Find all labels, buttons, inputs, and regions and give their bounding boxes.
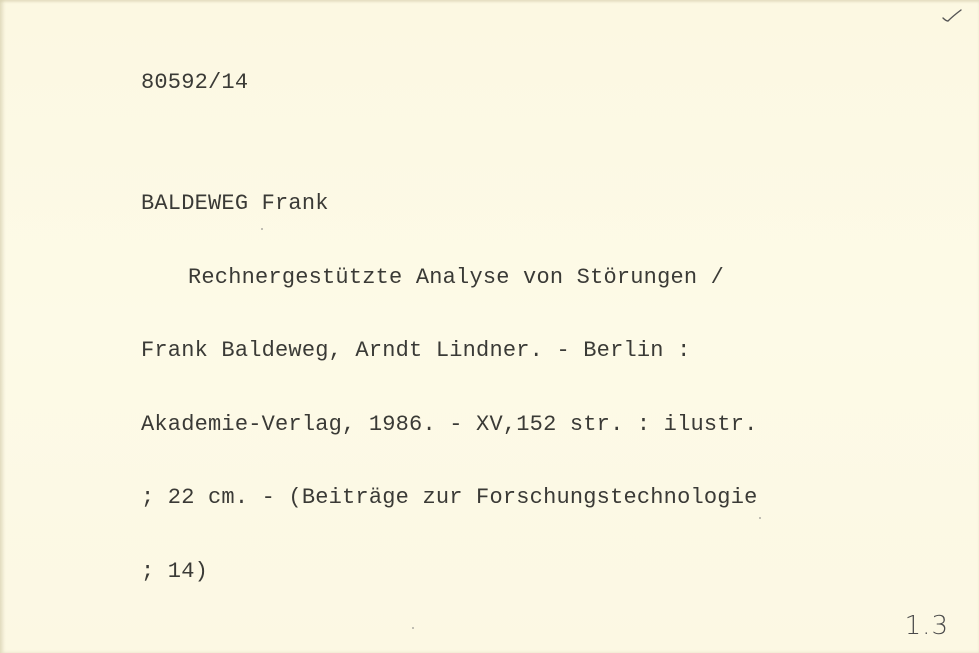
- paper-speck: [759, 517, 761, 519]
- bibliographic-entry: BALDEWEG Frank Rechnergestützte Analyse …: [141, 143, 758, 633]
- paper-speck: [261, 228, 263, 230]
- series-line: ; 14): [141, 560, 758, 585]
- catalog-card: 80592/14 BALDEWEG Frank Rechnergestützte…: [0, 0, 979, 653]
- check-mark-icon: [941, 8, 963, 24]
- physical-description-line: ; 22 cm. - (Beiträge zur Forschungstechn…: [141, 486, 758, 511]
- publication-line: Akademie-Verlag, 1986. - XV,152 str. : i…: [141, 413, 758, 438]
- title-line: Rechnergestützte Analyse von Störungen /: [141, 266, 758, 291]
- call-number: 80592/14: [141, 70, 248, 95]
- author-heading: BALDEWEG Frank: [141, 192, 758, 217]
- handwritten-shelf-mark: 1.3: [905, 611, 949, 641]
- responsibility-line: Frank Baldeweg, Arndt Lindner. - Berlin …: [141, 339, 758, 364]
- paper-speck: [412, 627, 414, 629]
